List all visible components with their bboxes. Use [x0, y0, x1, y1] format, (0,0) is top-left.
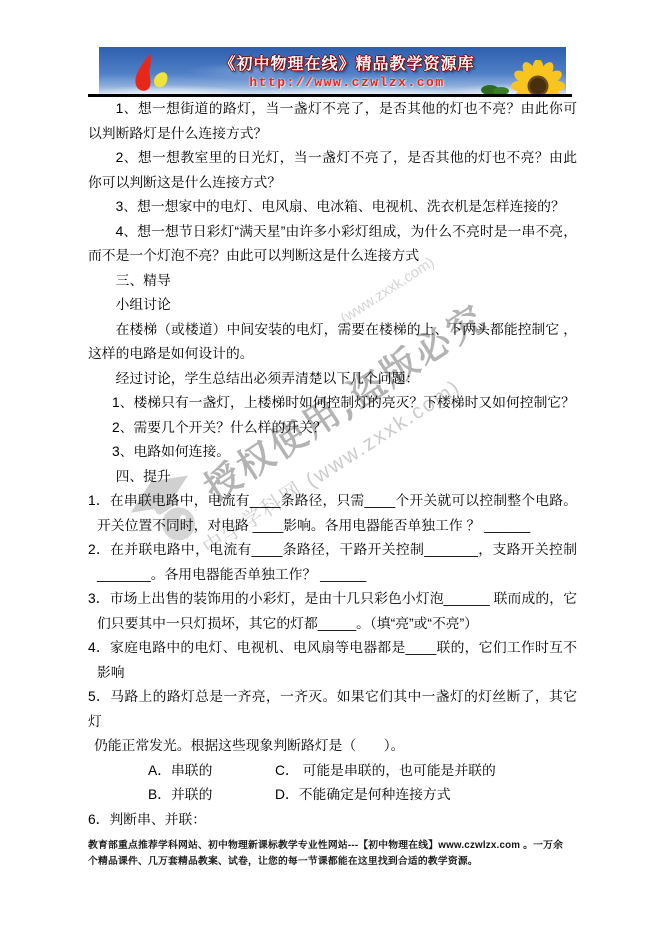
- sub-question-3: 3、电路如何连接。: [88, 440, 577, 465]
- section-heading-4: 四、提升: [88, 465, 577, 490]
- banner-url: http://www.czwlzx.com: [211, 75, 483, 90]
- banner-text-block: 《初中物理在线》精品教学资源库 http://www.czwlzx.com: [211, 51, 483, 90]
- choice-b: B．并联的: [148, 783, 275, 808]
- question-festival-lights: 4、想一想节日彩灯“满天星”由许多小彩灯组成，为什么不亮时是一串不亮，而不是一个…: [88, 220, 577, 269]
- choice-row-ac: A．串联的 C． 可能是串联的，也可能是并联的: [88, 759, 577, 784]
- sub-question-1: 1、楼梯只有一盏灯，上楼梯时如何控制灯的亮灭？下楼梯时又如何控制它？: [88, 391, 577, 416]
- section-heading-3: 三、精导: [88, 269, 577, 294]
- footer-line-2: 个精品课件、几万套精品教案、试卷，让您的每一节课都能在这里找到合适的教学资源。: [88, 856, 478, 867]
- flame-logo-icon: [127, 52, 173, 93]
- question-6: 6．判断串、并联：: [88, 808, 577, 833]
- choice-row-bd: B．并联的 D．不能确定是何种连接方式: [88, 783, 577, 808]
- choice-c: C． 可能是串联的，也可能是并联的: [275, 759, 496, 784]
- document-page: 《初中物理在线》精品教学资源库 http://www.czwlzx.com: [0, 0, 661, 935]
- question-street-lamps: 1、想一想街道的路灯，当一盏灯不亮了，是否其他的灯也不亮？由此你可以判断路灯是什…: [88, 97, 577, 146]
- question-5: 5．马路上的路灯总是一齐亮，一齐灭。如果它们其中一盏灯的灯丝断了，其它灯: [88, 685, 577, 734]
- sub-question-2: 2、需要几个开关？什么样的开关？: [88, 416, 577, 441]
- footer-line-1: 教育部重点推荐学科网站、初中物理新课标教学专业性网站---【初中物理在线】www…: [88, 840, 563, 851]
- choice-d: D．不能确定是何种连接方式: [275, 783, 451, 808]
- question-home-appliances: 3、想一想家中的电灯、电风扇、电冰箱、电视机、洗衣机是怎样连接的？: [88, 195, 577, 220]
- header-banner: 《初中物理在线》精品教学资源库 http://www.czwlzx.com: [99, 47, 566, 95]
- choice-a: A．串联的: [148, 759, 275, 784]
- banner-title: 《初中物理在线》精品教学资源库: [211, 51, 483, 74]
- fill-question-2: 2．在并联电路中，电流有____条路径，干路开关控制_______，支路开关控制…: [88, 538, 577, 587]
- sunflower-icon: [504, 60, 566, 95]
- page-footer: 教育部重点推荐学科网站、初中物理新课标教学专业性网站---【初中物理在线】www…: [88, 838, 574, 870]
- document-body: 1、想一想街道的路灯，当一盏灯不亮了，是否其他的灯也不亮？由此你可以判断路灯是什…: [88, 97, 577, 832]
- discussion-problem: 在楼梯（或楼道）中间安装的电灯，需要在楼梯的上、下两头都能控制它 ，这样的电路是…: [88, 318, 577, 367]
- discussion-summary: 经过讨论，学生总结出必须弄清楚以下几个问题：: [88, 367, 577, 392]
- fill-question-1: 1．在串联电路中，电流有____条路径，只需____个开关就可以控制整个电路。开…: [88, 489, 577, 538]
- question-classroom-lights: 2、想一想教室里的日光灯，当一盏灯不亮了，是否其他的灯也不亮？由此你可以判断这是…: [88, 146, 577, 195]
- fill-question-3: 3．市场上出售的装饰用的小彩灯，是由十几只彩色小灯泡______ 联而成的，它们…: [88, 587, 577, 636]
- fill-question-4: 4．家庭电路中的电灯、电视机、电风扇等电器都是____联的，它们工作时互不影响: [88, 636, 577, 685]
- question-5-continued: 仍能正常发光。根据这些现象判断路灯是（ ）。: [88, 734, 577, 759]
- group-discussion-label: 小组讨论: [88, 293, 577, 318]
